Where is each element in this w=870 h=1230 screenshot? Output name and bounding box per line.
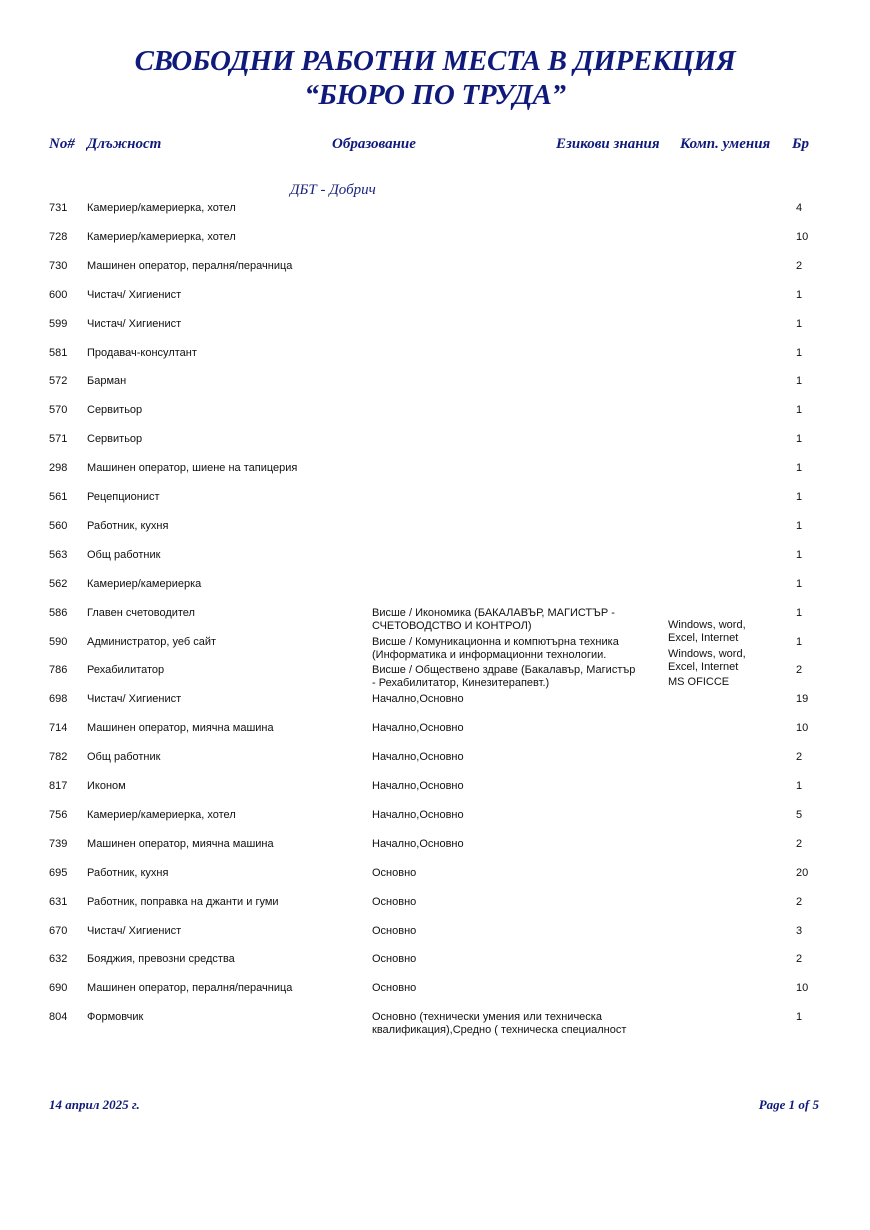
- document-title: СВОБОДНИ РАБОТНИ МЕСТА В ДИРЕКЦИЯ “БЮРО …: [0, 44, 870, 112]
- vacancy-number: 631: [49, 896, 67, 909]
- vacancy-number: 560: [49, 520, 67, 533]
- education-requirement: Основно: [372, 925, 416, 938]
- vacancy-count: 1: [796, 1011, 802, 1024]
- vacancy-number: 817: [49, 780, 67, 793]
- vacancy-count: 10: [796, 231, 808, 244]
- vacancy-count: 1: [796, 491, 802, 504]
- position-title: Сервитьор: [87, 433, 142, 446]
- vacancy-count: 19: [796, 693, 808, 706]
- position-title: Рецепционист: [87, 491, 160, 504]
- vacancy-number: 786: [49, 664, 67, 677]
- vacancy-number: 590: [49, 636, 67, 649]
- education-requirement: Начално,Основно: [372, 751, 464, 764]
- vacancy-count: 2: [796, 751, 802, 764]
- position-title: Сервитьор: [87, 404, 142, 417]
- footer-page-number: Page 1 of 5: [759, 1097, 819, 1113]
- vacancy-count: 1: [796, 289, 802, 302]
- vacancy-number: 731: [49, 202, 67, 215]
- column-header-education: Образование: [332, 136, 416, 153]
- vacancy-number: 714: [49, 722, 67, 735]
- position-title: Чистач/ Хигиенист: [87, 318, 181, 331]
- position-title: Главен счетоводител: [87, 607, 195, 620]
- position-title: Работник, кухня: [87, 867, 168, 880]
- column-header-count: Бр: [792, 136, 809, 153]
- vacancy-count: 1: [796, 318, 802, 331]
- vacancy-count: 10: [796, 722, 808, 735]
- position-title: Работник, кухня: [87, 520, 168, 533]
- vacancy-number: 690: [49, 982, 67, 995]
- vacancy-count: 2: [796, 838, 802, 851]
- vacancy-count: 1: [796, 607, 802, 620]
- education-requirement: Висше / Комуникационна и компютърна техн…: [372, 636, 619, 662]
- vacancy-number: 730: [49, 260, 67, 273]
- position-title: Барман: [87, 375, 126, 388]
- vacancy-number: 728: [49, 231, 67, 244]
- title-line-1: СВОБОДНИ РАБОТНИ МЕСТА В ДИРЕКЦИЯ: [0, 44, 870, 78]
- position-title: Рехабилитатор: [87, 664, 164, 677]
- position-title: Общ работник: [87, 549, 160, 562]
- vacancy-number: 599: [49, 318, 67, 331]
- column-header-computer-skills: Комп. умения: [680, 136, 770, 153]
- vacancy-number: 695: [49, 867, 67, 880]
- position-title: Чистач/ Хигиенист: [87, 289, 181, 302]
- vacancy-number: 562: [49, 578, 67, 591]
- vacancy-count: 10: [796, 982, 808, 995]
- vacancy-count: 2: [796, 260, 802, 273]
- vacancy-number: 572: [49, 375, 67, 388]
- position-title: Камериер/камериерка, хотел: [87, 231, 236, 244]
- vacancy-count: 1: [796, 347, 802, 360]
- vacancy-number: 739: [49, 838, 67, 851]
- table-row: 804ФормовчикОсновно (технически умения и…: [0, 1011, 870, 1051]
- education-requirement: Висше / Икономика (БАКАЛАВЪР, МАГИСТЪР -…: [372, 607, 615, 633]
- title-line-2: “БЮРО ПО ТРУДА”: [0, 78, 870, 112]
- vacancy-number: 570: [49, 404, 67, 417]
- education-requirement: Начално,Основно: [372, 722, 464, 735]
- vacancy-count: 1: [796, 578, 802, 591]
- education-requirement: Начално,Основно: [372, 693, 464, 706]
- education-requirement: Начално,Основно: [372, 780, 464, 793]
- education-requirement: Начално,Основно: [372, 838, 464, 851]
- position-title: Чистач/ Хигиенист: [87, 925, 181, 938]
- column-header-position: Длъжност: [87, 136, 161, 153]
- vacancy-number: 581: [49, 347, 67, 360]
- education-requirement: Основно: [372, 982, 416, 995]
- vacancy-count: 1: [796, 549, 802, 562]
- vacancy-number: 298: [49, 462, 67, 475]
- vacancy-number: 571: [49, 433, 67, 446]
- column-header-languages: Езикови знания: [556, 136, 660, 153]
- vacancy-number: 782: [49, 751, 67, 764]
- column-header-no: No#: [49, 136, 75, 153]
- computer-skills: MS OFICCE: [668, 676, 729, 689]
- vacancy-count: 3: [796, 925, 802, 938]
- position-title: Чистач/ Хигиенист: [87, 693, 181, 706]
- position-title: Камериер/камериерка, хотел: [87, 809, 236, 822]
- vacancy-number: 586: [49, 607, 67, 620]
- education-requirement: Основно (технически умения или техническ…: [372, 1011, 626, 1037]
- education-requirement: Начално,Основно: [372, 809, 464, 822]
- vacancy-count: 1: [796, 462, 802, 475]
- position-title: Камериер/камериерка: [87, 578, 201, 591]
- vacancy-number: 600: [49, 289, 67, 302]
- vacancy-count: 20: [796, 867, 808, 880]
- vacancy-number: 632: [49, 953, 67, 966]
- vacancy-count: 2: [796, 896, 802, 909]
- position-title: Администратор, уеб сайт: [87, 636, 216, 649]
- education-requirement: Основно: [372, 953, 416, 966]
- position-title: Машинен оператор, пералня/перачница: [87, 982, 292, 995]
- vacancy-number: 561: [49, 491, 67, 504]
- vacancy-count: 2: [796, 664, 802, 677]
- position-title: Машинен оператор, миячна машина: [87, 722, 274, 735]
- position-title: Формовчик: [87, 1011, 143, 1024]
- vacancy-count: 1: [796, 404, 802, 417]
- education-requirement: Основно: [372, 867, 416, 880]
- vacancy-number: 670: [49, 925, 67, 938]
- position-title: Иконом: [87, 780, 126, 793]
- vacancy-count: 1: [796, 636, 802, 649]
- vacancy-count: 1: [796, 780, 802, 793]
- vacancy-count: 5: [796, 809, 802, 822]
- vacancy-count: 4: [796, 202, 802, 215]
- education-requirement: Основно: [372, 896, 416, 909]
- vacancy-count: 1: [796, 433, 802, 446]
- footer-date: 14 април 2025 г.: [49, 1097, 140, 1113]
- vacancy-count: 1: [796, 520, 802, 533]
- vacancy-number: 563: [49, 549, 67, 562]
- position-title: Общ работник: [87, 751, 160, 764]
- position-title: Камериер/камериерка, хотел: [87, 202, 236, 215]
- position-title: Работник, поправка на джанти и гуми: [87, 896, 279, 909]
- vacancy-number: 756: [49, 809, 67, 822]
- position-title: Машинен оператор, пералня/перачница: [87, 260, 292, 273]
- vacancy-number: 804: [49, 1011, 67, 1024]
- vacancy-number: 698: [49, 693, 67, 706]
- position-title: Машинен оператор, миячна машина: [87, 838, 274, 851]
- position-title: Машинен оператор, шиене на тапицерия: [87, 462, 297, 475]
- position-title: Продавач-консултант: [87, 347, 197, 360]
- section-heading: ДБТ - Добрич: [290, 182, 376, 199]
- position-title: Бояджия, превозни средства: [87, 953, 235, 966]
- vacancy-count: 1: [796, 375, 802, 388]
- education-requirement: Висше / Обществено здраве (Бакалавър, Ма…: [372, 664, 635, 690]
- vacancy-count: 2: [796, 953, 802, 966]
